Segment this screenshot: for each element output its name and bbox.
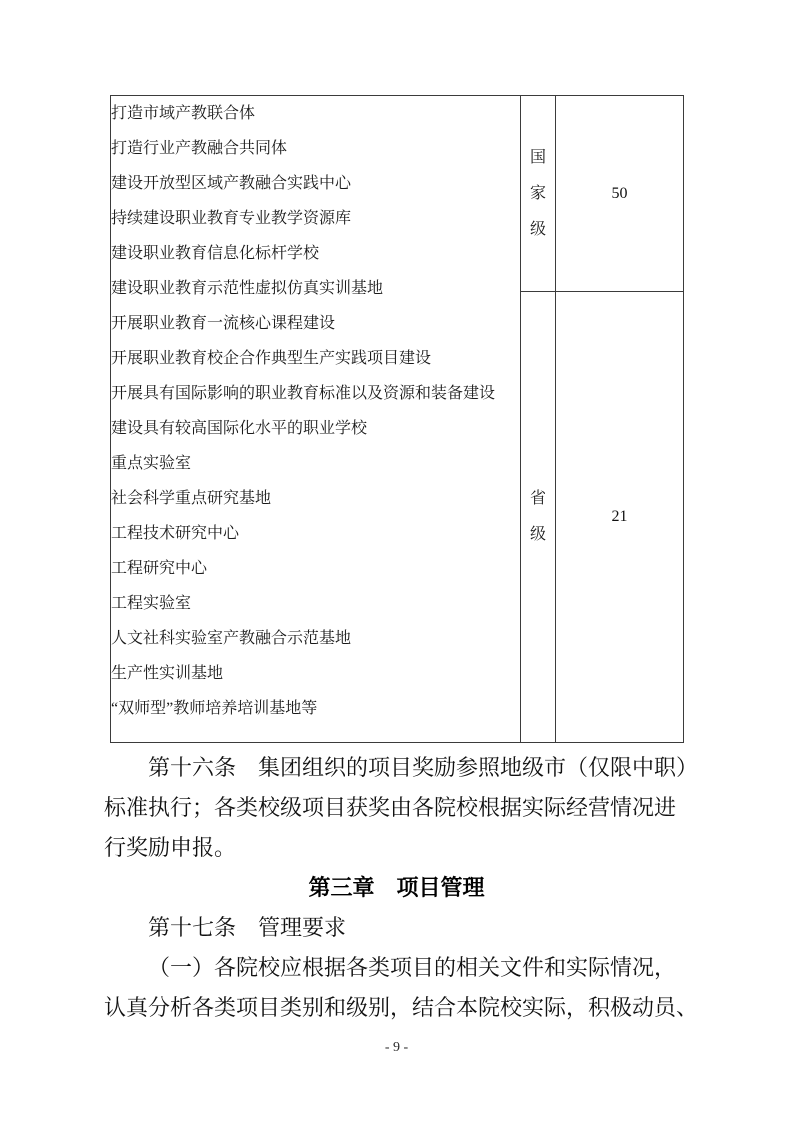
article16-line: 第十六条 集团组织的项目奖励参照地级市（仅限中职） xyxy=(104,748,689,788)
project-item: 持续建设职业教育专业教学资源库 xyxy=(111,201,520,236)
level-cell-national: 国家级 xyxy=(521,96,556,292)
project-item: 开展职业教育校企合作典型生产实践项目建设 xyxy=(111,341,520,376)
project-item: 人文社科实验室产教融合示范基地 xyxy=(111,621,520,656)
project-item: 建设职业教育示范性虚拟仿真实训基地 xyxy=(111,271,520,306)
article17-heading: 第十七条 管理要求 xyxy=(104,908,689,948)
document-page: 打造市域产教联合体 打造行业产教融合共同体 建设开放型区域产教融合实践中心 持续… xyxy=(0,0,793,1122)
project-item: 开展具有国际影响的职业教育标准以及资源和装备建设 xyxy=(111,376,520,411)
level-label-national: 国家级 xyxy=(530,140,547,248)
project-item: 生产性实训基地 xyxy=(111,656,520,691)
article17-item1-line: 认真分析各类项目类别和级别，结合本院校实际，积极动员、 xyxy=(104,988,689,1028)
project-item: 打造行业产教融合共同体 xyxy=(111,131,520,166)
project-item: 工程技术研究中心 xyxy=(111,516,520,551)
project-items-cell: 打造市域产教联合体 打造行业产教融合共同体 建设开放型区域产教融合实践中心 持续… xyxy=(111,96,521,743)
project-item: 工程实验室 xyxy=(111,586,520,621)
project-item: 开展职业教育一流核心课程建设 xyxy=(111,306,520,341)
document-body: 第十六条 集团组织的项目奖励参照地级市（仅限中职） 标准执行；各类校级项目获奖由… xyxy=(104,748,689,1028)
project-item: 工程研究中心 xyxy=(111,551,520,586)
value-cell-provincial: 21 xyxy=(556,292,684,743)
value-cell-national: 50 xyxy=(556,96,684,292)
project-item: 打造市域产教联合体 xyxy=(111,96,520,131)
project-item: 重点实验室 xyxy=(111,446,520,481)
page-number: - 9 - xyxy=(0,1028,793,1068)
level-label-provincial: 省级 xyxy=(530,481,547,553)
project-item: 建设具有较高国际化水平的职业学校 xyxy=(111,411,520,446)
project-item: 建设开放型区域产教融合实践中心 xyxy=(111,166,520,201)
article16-line: 行奖励申报。 xyxy=(104,828,689,868)
project-item: “双师型”教师培养培训基地等 xyxy=(111,691,520,726)
project-item: 建设职业教育信息化标杆学校 xyxy=(111,236,520,271)
article16-line: 标准执行；各类校级项目获奖由各院校根据实际经营情况进 xyxy=(104,788,689,828)
project-item: 社会科学重点研究基地 xyxy=(111,481,520,516)
project-award-table: 打造市域产教联合体 打造行业产教融合共同体 建设开放型区域产教融合实践中心 持续… xyxy=(110,95,684,743)
chapter3-heading: 第三章 项目管理 xyxy=(104,868,689,908)
level-cell-provincial: 省级 xyxy=(521,292,556,743)
article17-item1-line: （一）各院校应根据各类项目的相关文件和实际情况， xyxy=(104,948,689,988)
